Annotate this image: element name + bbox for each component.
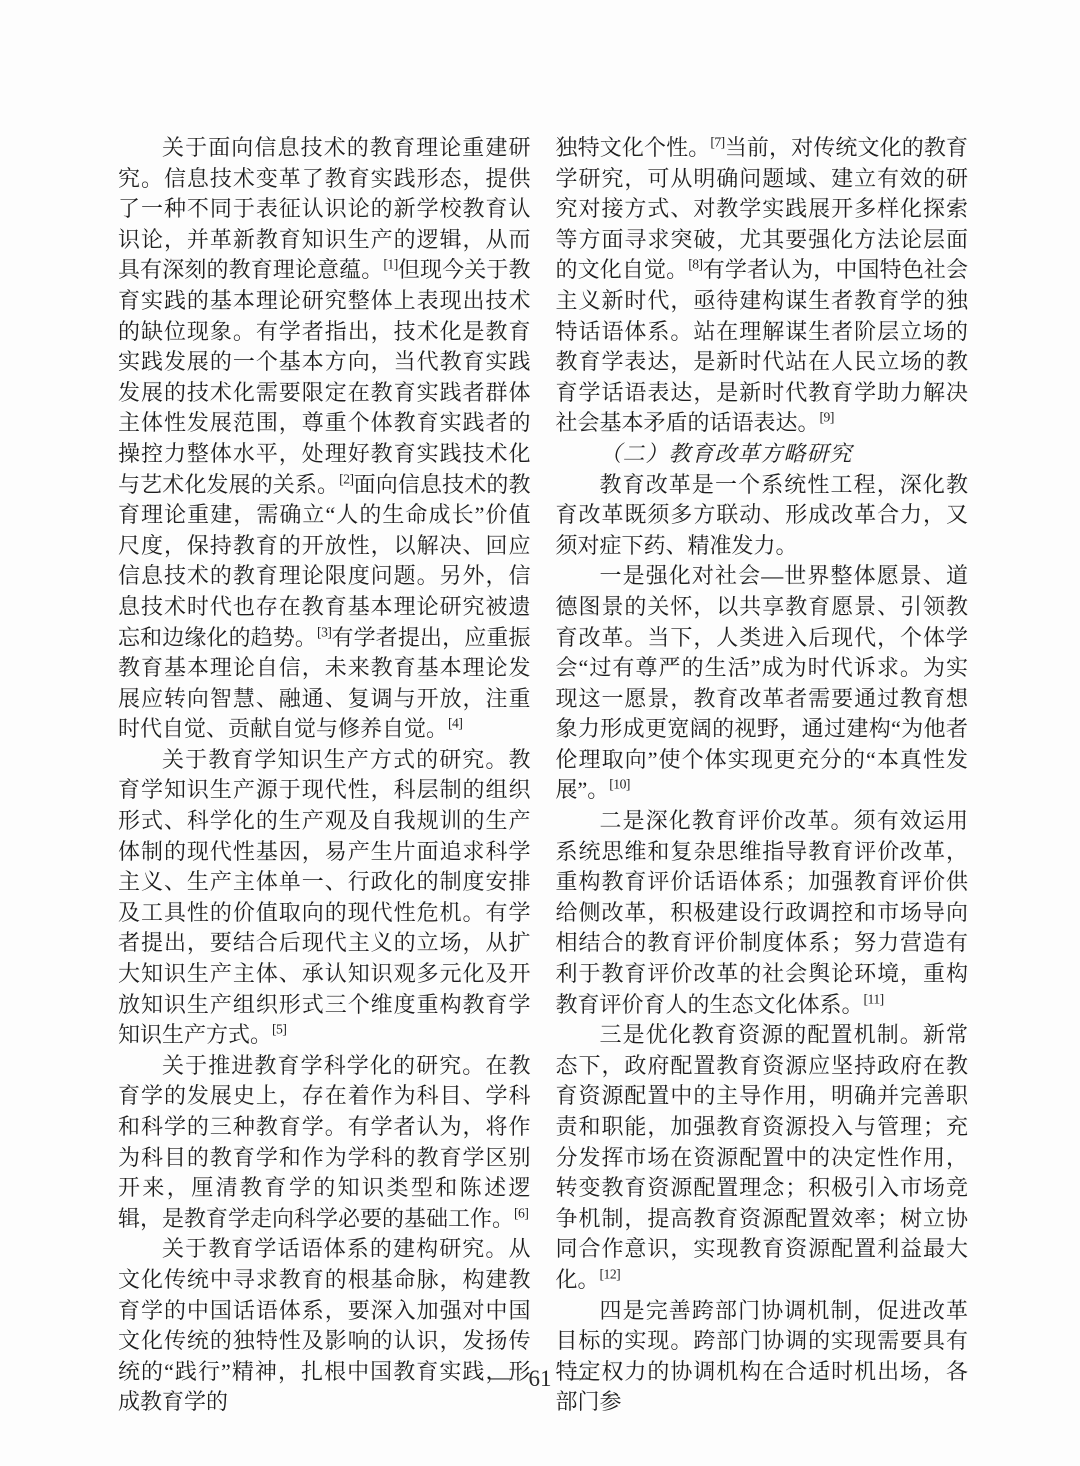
paragraph-knowledge-production: 关于教育学知识生产方式的研究。教育学知识生产源于现代性，科层制的组织形式、科学化… (118, 745, 531, 1051)
paragraph-theory-rebuild: 关于面向信息技术的教育理论重建研究。信息技术变革了教育实践形态，提供了一种不同于… (118, 133, 531, 745)
document-page: 关于面向信息技术的教育理论重建研究。信息技术变革了教育实践形态，提供了一种不同于… (0, 0, 1080, 1466)
paragraph-scientification: 关于推进教育学科学化的研究。在教育学的发展史上，存在着作为科目、学科和科学的三种… (118, 1051, 531, 1235)
page-number: 61 (529, 1366, 552, 1392)
footer-dash-right: — (568, 1364, 590, 1390)
paragraph-reform-intro: 教育改革是一个系统性工程，深化教育改革既须多方联动、形成改革合力，又须对症下药、… (556, 470, 969, 562)
page-footer: — 61 — (0, 1366, 1080, 1392)
paragraph-reform-point-one: 一是强化对社会—世界整体愿景、道德图景的关怀，以共享教育愿景、引领教育改革。当下… (556, 561, 969, 806)
footer-dash-left: — (491, 1364, 513, 1390)
right-column: 独特文化个性。[7]当前，对传统文化的教育学研究，可从明确问题域、建立有效的研究… (556, 133, 969, 1418)
left-column: 关于面向信息技术的教育理论重建研究。信息技术变革了教育实践形态，提供了一种不同于… (118, 133, 531, 1418)
paragraph-discourse-continuation: 独特文化个性。[7]当前，对传统文化的教育学研究，可从明确问题域、建立有效的研究… (556, 133, 969, 439)
section-heading-reform-strategy: （二）教育改革方略研究 (556, 439, 969, 470)
page-body: 关于面向信息技术的教育理论重建研究。信息技术变革了教育实践形态，提供了一种不同于… (118, 133, 968, 1418)
paragraph-reform-point-two: 二是深化教育评价改革。须有效运用系统思维和复杂思维指导教育评价改革，重构教育评价… (556, 806, 969, 1020)
paragraph-reform-point-four: 四是完善跨部门协调机制，促进改革目标的实现。跨部门协调的实现需要具有特定权力的协… (556, 1296, 969, 1418)
paragraph-reform-point-three: 三是优化教育资源的配置机制。新常态下，政府配置教育资源应坚持政府在教育资源配置中… (556, 1020, 969, 1295)
